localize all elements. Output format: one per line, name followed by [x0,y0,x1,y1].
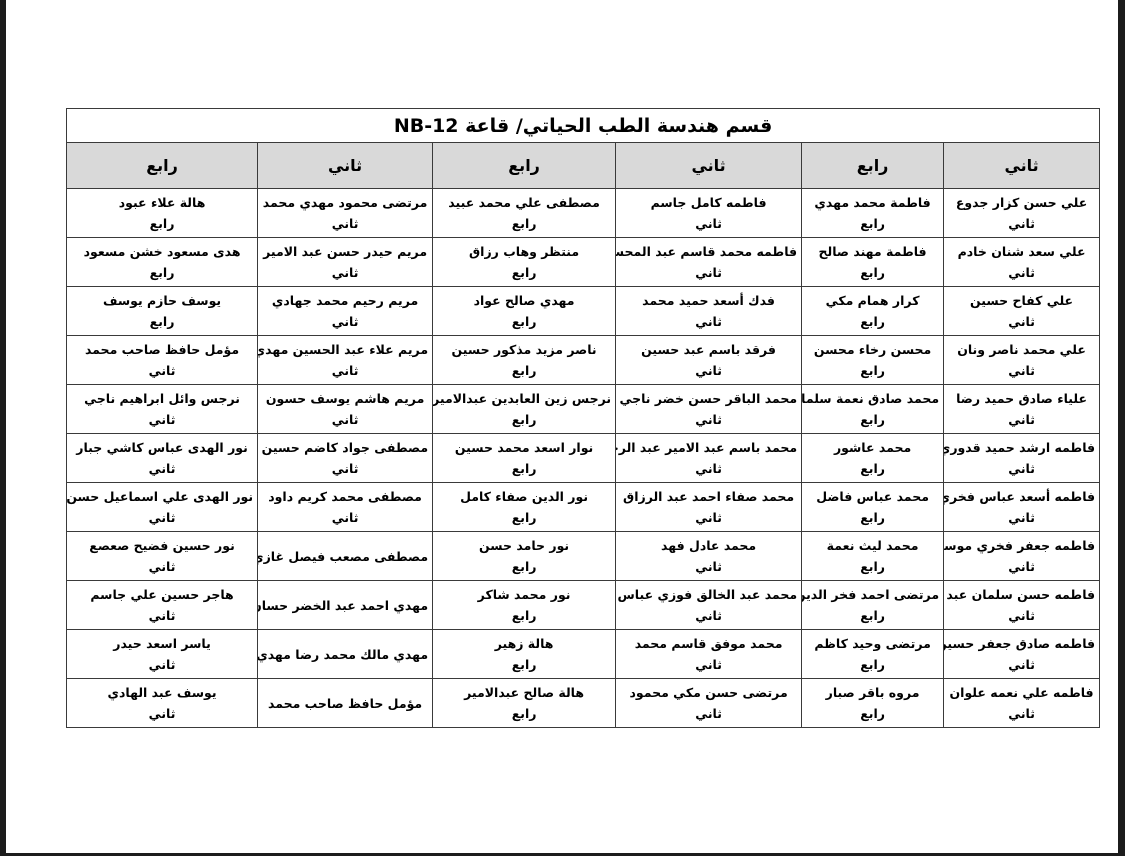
column-header: ثاني [616,143,802,189]
student-cell: نور حسين فضيح صعصعثاني [67,532,258,581]
student-cell: محمد عادل فهدثاني [616,532,802,581]
student-cell: فاطمة مهند صالحرابع [802,238,944,287]
table-row: علي سعد شنان خادمثانيفاطمة مهند صالحرابع… [67,238,1100,287]
student-cell: محمد الباقر حسن خضر ناجيثاني [616,385,802,434]
student-name: فاطمه علي نعمه علوان [948,682,1095,703]
student-level: رابع [437,409,611,430]
student-level: رابع [437,360,611,381]
student-level: ثاني [71,654,253,675]
student-name: يوسف عبد الهادي [71,682,253,703]
student-cell: مرتضى حسن مكي محمودثاني [616,679,802,728]
student-name: محمد صادق نعمة سلمان [806,388,939,409]
student-cell: مؤمل حافظ صاحب محمدثاني [67,336,258,385]
column-header: رابع [67,143,258,189]
student-level: ثاني [948,703,1095,724]
student-level: ثاني [620,556,797,577]
student-name: مروه باقر صبار [806,682,939,703]
student-level: رابع [71,311,253,332]
table-body: علي حسن كزار جدوعثانيفاطمة محمد مهديرابع… [67,189,1100,728]
student-level: رابع [71,262,253,283]
exam-hall-seating-table: قسم هندسة الطب الحياتي/ قاعة NB-12 ثاني … [66,108,1100,728]
student-name: محمد موفق قاسم محمد [620,633,797,654]
column-header: ثاني [258,143,433,189]
student-name: مصطفى جواد كاضم حسين [262,437,428,458]
student-level: رابع [437,458,611,479]
student-cell: فرقد باسم عبد حسينثاني [616,336,802,385]
table-row: فاطمه جعفر فخري موسىثانيمحمد ليث نعمةراب… [67,532,1100,581]
table-row: فاطمه حسن سلمان عبدثانيمرتضى احمد فخر ال… [67,581,1100,630]
student-level: ثاني [948,458,1095,479]
student-cell: مريم رحيم محمد جهاديثاني [258,287,433,336]
student-cell: فاطمه جعفر فخري موسىثاني [944,532,1100,581]
student-name: مريم حيدر حسن عبد الامير [262,241,428,262]
student-cell: فاطمه كامل جاسمثاني [616,189,802,238]
student-name: محمد عادل فهد [620,535,797,556]
student-name: فاطمة محمد مهدي [806,192,939,213]
student-name: نور الهدى علي اسماعيل حسن [71,486,253,507]
student-name: مرتضى حسن مكي محمود [620,682,797,703]
student-name: فاطمه ارشد حميد قدوري [948,437,1095,458]
student-level: رابع [437,507,611,528]
student-name: محمد الباقر حسن خضر ناجي [620,388,797,409]
student-name: محمد عبد الخالق فوزي عباس [620,584,797,605]
student-name: كرار همام مكي [806,290,939,311]
student-cell: مصطفى مصعب فيصل غازي [258,532,433,581]
student-name: فرقد باسم عبد حسين [620,339,797,360]
student-name: فاطمه جعفر فخري موسى [948,535,1095,556]
student-name: مرتضى احمد فخر الدين [806,584,939,605]
student-level: رابع [806,507,939,528]
student-cell: مريم هاشم يوسف حسونثاني [258,385,433,434]
student-cell: فاطمه صادق جعفر حسينثاني [944,630,1100,679]
student-cell: هالة زهيررابع [433,630,616,679]
student-level: ثاني [262,311,428,332]
student-cell: محمد صفاء احمد عبد الرزاقثاني [616,483,802,532]
student-level: رابع [806,311,939,332]
student-cell: فدك أسعد حميد محمدثاني [616,287,802,336]
student-level: رابع [437,311,611,332]
student-cell: محمد موفق قاسم محمدثاني [616,630,802,679]
student-name: مرتضى محمود مهدي محمد [262,192,428,213]
student-cell: علي كفاح حسينثاني [944,287,1100,336]
student-level: رابع [437,703,611,724]
table-row: فاطمه ارشد حميد قدوريثانيمحمد عاشوررابعم… [67,434,1100,483]
student-cell: فاطمه حسن سلمان عبدثاني [944,581,1100,630]
student-name: فدك أسعد حميد محمد [620,290,797,311]
student-level: رابع [71,213,253,234]
student-cell: مريم حيدر حسن عبد الاميرثاني [258,238,433,287]
student-cell: علي سعد شنان خادمثاني [944,238,1100,287]
student-cell: نور الدين صفاء كاملرابع [433,483,616,532]
student-cell: ناصر مزيد مذكور حسينرابع [433,336,616,385]
student-level: ثاني [620,311,797,332]
student-name: مهدي مالك محمد رضا مهدي [262,644,428,665]
document-page: قسم هندسة الطب الحياتي/ قاعة NB-12 ثاني … [6,0,1118,853]
student-name: محمد ليث نعمة [806,535,939,556]
student-name: هالة علاء عبود [71,192,253,213]
student-level: رابع [437,556,611,577]
table-title: قسم هندسة الطب الحياتي/ قاعة NB-12 [67,109,1100,143]
table-row: فاطمه أسعد عباس فخريثانيمحمد عباس فاضلرا… [67,483,1100,532]
student-cell: نوار اسعد محمد حسينرابع [433,434,616,483]
student-cell: مريم علاء عبد الحسين مهديثاني [258,336,433,385]
student-cell: محمد عاشوررابع [802,434,944,483]
student-level: رابع [437,605,611,626]
table-row: فاطمه صادق جعفر حسينثانيمرتضى وحيد كاظمر… [67,630,1100,679]
student-name: محسن رخاء محسن [806,339,939,360]
column-header: ثاني [944,143,1100,189]
student-level: ثاني [262,409,428,430]
student-name: نور حامد حسن [437,535,611,556]
student-name: نوار اسعد محمد حسين [437,437,611,458]
student-cell: هالة صالح عبدالاميررابع [433,679,616,728]
student-level: رابع [437,654,611,675]
student-cell: محمد باسم عبد الامير عبد الرحيمثاني [616,434,802,483]
student-cell: محمد ليث نعمةرابع [802,532,944,581]
student-cell: مصطفى علي محمد عبيدرابع [433,189,616,238]
student-level: ثاني [262,360,428,381]
student-level: ثاني [262,507,428,528]
student-name: نور الدين صفاء كامل [437,486,611,507]
student-name: منتظر وهاب رزاق [437,241,611,262]
table-row: علي كفاح حسينثانيكرار همام مكيرابعفدك أس… [67,287,1100,336]
student-name: نور الهدى عباس كاشي جبار [71,437,253,458]
student-cell: مهدي احمد عبد الخضر حسان [258,581,433,630]
student-name: مؤمل حافظ صاحب محمد [262,693,428,714]
student-name: فاطمه كامل جاسم [620,192,797,213]
student-name: محمد صفاء احمد عبد الرزاق [620,486,797,507]
student-level: ثاني [948,311,1095,332]
student-name: علي حسن كزار جدوع [948,192,1095,213]
student-name: محمد باسم عبد الامير عبد الرحيم [620,437,797,458]
student-level: ثاني [71,360,253,381]
student-level: ثاني [620,360,797,381]
student-name: ناصر مزيد مذكور حسين [437,339,611,360]
student-level: ثاني [948,360,1095,381]
table-row: فاطمه علي نعمه علوانثانيمروه باقر صباررا… [67,679,1100,728]
table-row: علياء صادق حميد رضاثانيمحمد صادق نعمة سل… [67,385,1100,434]
student-level: ثاني [71,409,253,430]
student-name: هاجر حسين علي جاسم [71,584,253,605]
student-name: علياء صادق حميد رضا [948,388,1095,409]
student-name: فاطمه محمد قاسم عبد المحسن [620,241,797,262]
student-level: ثاني [71,458,253,479]
student-level: رابع [437,213,611,234]
student-level: ثاني [948,409,1095,430]
student-name: مصطفى محمد كريم داود [262,486,428,507]
student-name: نرجس وائل ابراهيم ناجي [71,388,253,409]
student-name: علي كفاح حسين [948,290,1095,311]
student-level: ثاني [948,605,1095,626]
student-level: ثاني [620,703,797,724]
student-level: ثاني [948,507,1095,528]
student-cell: مرتضى وحيد كاظمرابع [802,630,944,679]
column-header: رابع [433,143,616,189]
student-cell: علياء صادق حميد رضاثاني [944,385,1100,434]
student-level: ثاني [620,213,797,234]
student-name: فاطمه أسعد عباس فخري [948,486,1095,507]
student-level: رابع [806,360,939,381]
student-cell: فاطمه ارشد حميد قدوريثاني [944,434,1100,483]
student-level: ثاني [620,605,797,626]
student-level: ثاني [948,213,1095,234]
student-name: نور محمد شاكر [437,584,611,605]
student-name: نور حسين فضيح صعصع [71,535,253,556]
student-name: فاطمه حسن سلمان عبد [948,584,1095,605]
table-row: علي محمد ناصر ونانثانيمحسن رخاء محسنرابع… [67,336,1100,385]
student-name: مؤمل حافظ صاحب محمد [71,339,253,360]
student-cell: نرجس زين العابدين عبدالاميررابع [433,385,616,434]
student-cell: محمد عبد الخالق فوزي عباسثاني [616,581,802,630]
student-name: مصطفى علي محمد عبيد [437,192,611,213]
student-cell: محمد صادق نعمة سلمانرابع [802,385,944,434]
student-level: ثاني [948,262,1095,283]
student-cell: هالة علاء عبودرابع [67,189,258,238]
student-level: ثاني [620,458,797,479]
student-level: ثاني [620,262,797,283]
student-cell: فاطمة محمد مهديرابع [802,189,944,238]
student-cell: مصطفى جواد كاضم حسينثاني [258,434,433,483]
student-cell: نور حامد حسنرابع [433,532,616,581]
student-name: هدى مسعود خشن مسعود [71,241,253,262]
student-name: محمد عباس فاضل [806,486,939,507]
header-row: ثاني رابع ثاني رابع ثاني رابع [67,143,1100,189]
student-cell: علي محمد ناصر ونانثاني [944,336,1100,385]
student-cell: نور الهدى عباس كاشي جبارثاني [67,434,258,483]
student-cell: منتظر وهاب رزاقرابع [433,238,616,287]
student-level: ثاني [71,605,253,626]
student-cell: مصطفى محمد كريم داودثاني [258,483,433,532]
student-name: مريم رحيم محمد جهادي [262,290,428,311]
student-level: ثاني [948,556,1095,577]
student-level: رابع [806,458,939,479]
student-name: علي سعد شنان خادم [948,241,1095,262]
student-name: يوسف حازم يوسف [71,290,253,311]
student-level: رابع [806,703,939,724]
student-cell: مهدي مالك محمد رضا مهدي [258,630,433,679]
student-name: ياسر اسعد حيدر [71,633,253,654]
student-name: نرجس زين العابدين عبدالامير [437,388,611,409]
student-level: ثاني [620,654,797,675]
student-cell: علي حسن كزار جدوعثاني [944,189,1100,238]
student-cell: فاطمه محمد قاسم عبد المحسنثاني [616,238,802,287]
student-name: فاطمة مهند صالح [806,241,939,262]
student-level: رابع [806,556,939,577]
student-name: هالة صالح عبدالامير [437,682,611,703]
student-cell: مهدي صالح عوادرابع [433,287,616,336]
student-cell: فاطمه علي نعمه علوانثاني [944,679,1100,728]
student-cell: مرتضى احمد فخر الدينرابع [802,581,944,630]
student-level: رابع [437,262,611,283]
student-level: ثاني [71,507,253,528]
student-level: ثاني [948,654,1095,675]
student-level: رابع [806,605,939,626]
student-name: مرتضى وحيد كاظم [806,633,939,654]
student-cell: نور الهدى علي اسماعيل حسنثاني [67,483,258,532]
student-cell: محمد عباس فاضلرابع [802,483,944,532]
student-name: علي محمد ناصر ونان [948,339,1095,360]
student-name: محمد عاشور [806,437,939,458]
student-level: ثاني [620,507,797,528]
student-name: مهدي صالح عواد [437,290,611,311]
student-level: ثاني [620,409,797,430]
student-level: ثاني [262,262,428,283]
student-cell: يوسف عبد الهاديثاني [67,679,258,728]
student-level: رابع [806,213,939,234]
student-level: ثاني [262,213,428,234]
student-cell: مرتضى محمود مهدي محمدثاني [258,189,433,238]
student-level: رابع [806,654,939,675]
student-name: مريم علاء عبد الحسين مهدي [262,339,428,360]
student-cell: نرجس وائل ابراهيم ناجيثاني [67,385,258,434]
student-level: رابع [806,409,939,430]
student-name: مصطفى مصعب فيصل غازي [262,546,428,567]
student-name: هالة زهير [437,633,611,654]
student-cell: مؤمل حافظ صاحب محمد [258,679,433,728]
student-cell: يوسف حازم يوسفرابع [67,287,258,336]
student-cell: نور محمد شاكررابع [433,581,616,630]
student-level: ثاني [262,458,428,479]
student-level: ثاني [71,703,253,724]
student-cell: ياسر اسعد حيدرثاني [67,630,258,679]
student-name: مريم هاشم يوسف حسون [262,388,428,409]
student-cell: هاجر حسين علي جاسمثاني [67,581,258,630]
student-level: رابع [806,262,939,283]
table-row: علي حسن كزار جدوعثانيفاطمة محمد مهديرابع… [67,189,1100,238]
student-cell: محسن رخاء محسنرابع [802,336,944,385]
student-level: ثاني [71,556,253,577]
student-cell: فاطمه أسعد عباس فخريثاني [944,483,1100,532]
student-cell: مروه باقر صباررابع [802,679,944,728]
student-cell: هدى مسعود خشن مسعودرابع [67,238,258,287]
column-header: رابع [802,143,944,189]
student-name: فاطمه صادق جعفر حسين [948,633,1095,654]
student-name: مهدي احمد عبد الخضر حسان [262,595,428,616]
student-cell: كرار همام مكيرابع [802,287,944,336]
